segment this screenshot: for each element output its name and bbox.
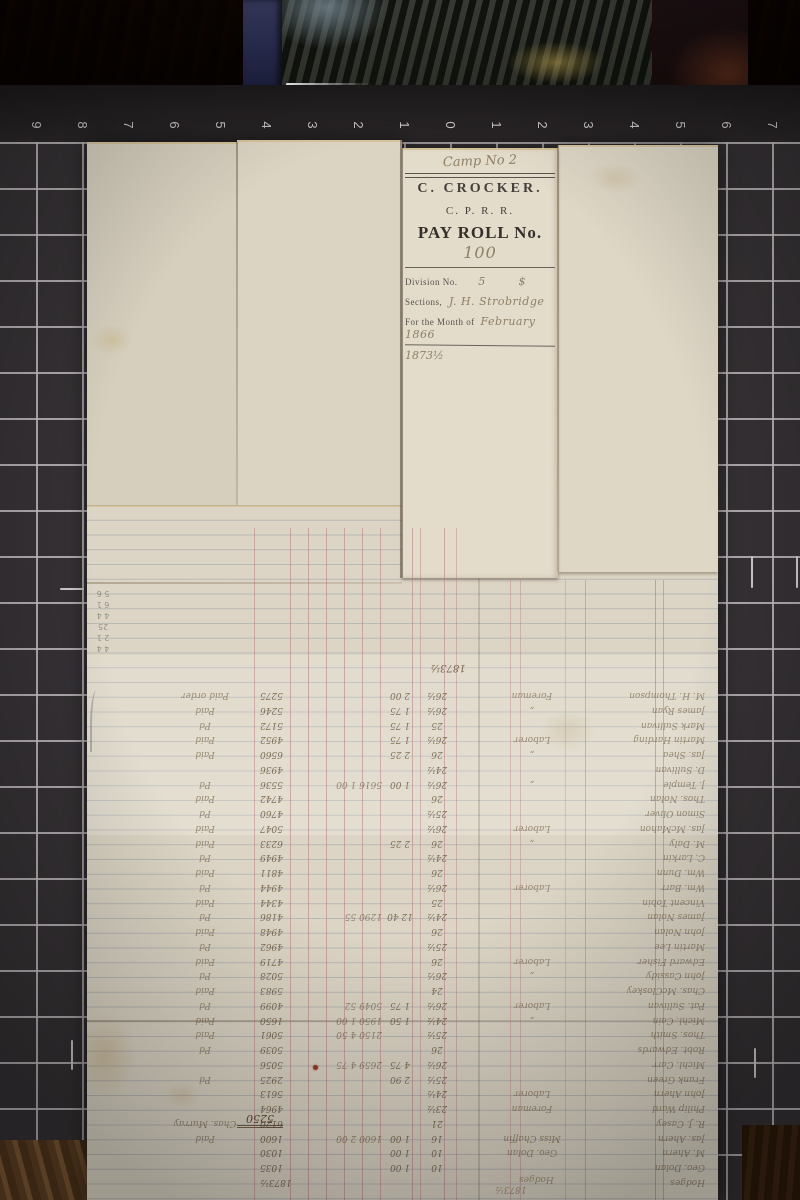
wood-table-bottom-left xyxy=(0,1140,96,1200)
railroad-initials: C. P. R. R. xyxy=(405,205,555,217)
ledger-cell-days: 10 xyxy=(417,1145,457,1158)
ledger-cell-note: Paid xyxy=(150,732,260,745)
ledger-cell-note: Pd xyxy=(150,968,260,981)
ledger-cell-extra xyxy=(302,924,382,937)
ledger-cell-extra xyxy=(302,895,382,908)
ledger-row: John AhernLaborer24½5613 xyxy=(150,1086,705,1099)
pencil-note: 6 1 xyxy=(87,599,119,610)
ledger-cell-amount: 5536 xyxy=(260,777,300,790)
ledger-cell-name: J. Temple xyxy=(587,777,705,790)
ledger-row: Frank Green25½2 902925Pd xyxy=(150,1072,705,1085)
crease-left-leaf xyxy=(87,582,402,584)
ledger-cell-amount: 1600 xyxy=(260,1131,300,1144)
pencil-note: 5 6 xyxy=(87,588,119,599)
ruler-number: 1 xyxy=(483,118,509,132)
ledger-cell-extra xyxy=(302,718,382,731)
ledger-row: R. J. Casey216120Chas. Murray xyxy=(150,1116,705,1129)
document-panel-left xyxy=(87,142,237,505)
ledger-cell-days: 26 xyxy=(417,836,457,849)
ledger-cell-rate xyxy=(383,954,417,967)
ledger-cell-occ xyxy=(495,791,569,804)
ledger-cell-note: Paid xyxy=(150,924,260,937)
ledger-cell-rate: 1 75 xyxy=(383,703,417,716)
ledger-cell-extra xyxy=(302,762,382,775)
ledger-cell-days: 25½ xyxy=(417,1072,457,1085)
ledger-row: Chas. McCloskey245983Paid xyxy=(150,983,705,996)
ledger-row: Simon Oliver25½4760Pd xyxy=(150,806,705,819)
ledger-cell-name: Michl. Cain xyxy=(587,1013,705,1026)
ledger-cell-extra xyxy=(302,1175,382,1188)
ruler-number: 7 xyxy=(759,118,785,132)
ledger-column-total: 5250 xyxy=(237,1112,283,1128)
ledger-cell-rate xyxy=(383,1101,417,1114)
ledger-cell-extra: 2150 4 50 xyxy=(302,1027,382,1040)
ledger-cell-name: John Ahern xyxy=(587,1086,705,1099)
mat-tick-right-2 xyxy=(796,556,798,588)
ledger-row: Philip WardForeman23½4964 xyxy=(150,1101,705,1114)
ruler-number: 2 xyxy=(529,118,555,132)
ledger-cell-rate: 1 00 xyxy=(383,1145,417,1158)
ledger-cell-amount: 4099 xyxy=(260,998,300,1011)
ledger-cell-note: Paid xyxy=(150,821,260,834)
cutoff-fragment-2: Hodges xyxy=(519,1174,554,1184)
ledger-cell-note xyxy=(150,1145,260,1158)
ledger-row: Martin HardingLaborer26½1 754952Paid xyxy=(150,732,705,745)
ledger-cell-days: 25½ xyxy=(417,1027,457,1040)
ledger-cell-name: Frank Green xyxy=(587,1072,705,1085)
ledger-cell-extra xyxy=(302,1042,382,1055)
ledger-row: C. Larkin24½4949Pd xyxy=(150,850,705,863)
ledger-cell-note: Pd xyxy=(150,806,260,819)
document-panel-right xyxy=(558,145,718,572)
ledger-cell-occ: „ xyxy=(495,703,569,716)
division-prefix: Division No. xyxy=(405,277,458,287)
ledger-cell-rate xyxy=(383,1086,417,1099)
ledger-cell-name: D. Sullivan xyxy=(587,762,705,775)
ledger-cell-amount: 4948 xyxy=(260,924,300,937)
ledger-row: James Nolan24½12 401290 554186Pd xyxy=(150,909,705,922)
fold-line-3 xyxy=(557,145,559,572)
ledger-cell-rate xyxy=(383,924,417,937)
ledger-cell-extra: 1290 55 xyxy=(302,909,382,922)
ledger-cell-rate xyxy=(383,968,417,981)
ruler-number: 3 xyxy=(575,118,601,132)
ledger-cell-days: 26½ xyxy=(417,998,457,1011)
ruler-number: 7 xyxy=(115,118,141,132)
ledger-cell-note: Paid xyxy=(150,954,260,967)
ledger-cell-days xyxy=(417,1175,457,1188)
landscape-photograph xyxy=(282,0,652,89)
sections-prefix: Sections, xyxy=(405,297,442,307)
ledger-cell-name: Robt. Edwards xyxy=(587,1042,705,1055)
ledger-cell-note: Paid xyxy=(150,703,260,716)
ledger-cell-amount: 4949 xyxy=(260,850,300,863)
ledger-cell-occ xyxy=(495,1027,569,1040)
ledger-cell-rate: 1 75 xyxy=(383,718,417,731)
ledger-cell-extra xyxy=(302,836,382,849)
ledger-cell-occ: „ xyxy=(495,968,569,981)
ledger-cell-name: Wm. Barr xyxy=(587,880,705,893)
ledger-cell-extra xyxy=(302,954,382,967)
ledger-cell-occ xyxy=(495,1057,569,1070)
ledger-cell-rate: 2 25 xyxy=(383,747,417,760)
ledger-cell-occ: Laborer xyxy=(495,1086,569,1099)
ledger-cell-occ xyxy=(495,1160,569,1173)
ruler-number: 5 xyxy=(207,118,233,132)
ledger-row: Martin Lee25½4962Pd xyxy=(150,939,705,952)
ledger-row: M. AhernGeo. Dolan101 001030 xyxy=(150,1145,705,1158)
ledger-row: M. H. ThompsonForeman26½2 005275Paid ord… xyxy=(150,688,705,701)
ledger-cell-extra xyxy=(302,939,382,952)
ledger-row: M. Daly„262 256233Paid xyxy=(150,836,705,849)
ledger-cell-rate xyxy=(383,1027,417,1040)
ledger-cell-amount: 4944 xyxy=(260,880,300,893)
ledger-cell-extra: 5049 52 xyxy=(302,998,382,1011)
ruler-number: 9 xyxy=(23,118,49,132)
ledger-cell-name: John Nolan xyxy=(587,924,705,937)
ledger-cell-occ: Foreman xyxy=(495,688,569,701)
ledger-cell-days: 26 xyxy=(417,791,457,804)
ledger-cell-extra: 5616 1 00 xyxy=(302,777,382,790)
ledger-cell-occ xyxy=(495,909,569,922)
ledger-cell-occ: Laborer xyxy=(495,880,569,893)
payroll-title: PAY ROLL No. 100 xyxy=(405,223,555,263)
ledger-cell-days: 24½ xyxy=(417,1013,457,1026)
rule xyxy=(405,344,555,347)
ledger-cell-name: Michl. Carr xyxy=(587,1057,705,1070)
ruler-number: 6 xyxy=(713,118,739,132)
ledger-cell-days: 25½ xyxy=(417,806,457,819)
ledger-cell-occ: „ xyxy=(495,777,569,790)
dark-photograph xyxy=(652,0,748,85)
ledger-cell-rate xyxy=(383,939,417,952)
ruler-number: 1 xyxy=(391,118,417,132)
ledger-top-total: 1873½ xyxy=(422,662,474,673)
ledger-row: Vincent Tobin254344Paid xyxy=(150,895,705,908)
ledger-cell-occ xyxy=(495,939,569,952)
ledger-cell-rate: 2 25 xyxy=(383,836,417,849)
ledger-cell-days: 26 xyxy=(417,1042,457,1055)
ledger-row: Geo. Dolan101 001035 xyxy=(150,1160,705,1173)
ledger-cell-note: Paid xyxy=(150,1131,260,1144)
ledger-cell-days: 26 xyxy=(417,924,457,937)
ledger-cell-days: 26 xyxy=(417,747,457,760)
ledger-cell-occ: Foreman xyxy=(495,1101,569,1114)
ledger-cell-extra xyxy=(302,791,382,804)
cutoff-fragment-1: 1873½ xyxy=(495,1184,527,1194)
ledger-cell-name: R. J. Casey xyxy=(587,1116,705,1129)
ledger-cell-extra xyxy=(302,747,382,760)
photograph-of-payroll-document: 98765432101234567 xyxy=(0,0,800,1200)
ledger-cell-note: Paid xyxy=(150,1027,260,1040)
ledger-cell-occ: Miss Chaffin xyxy=(495,1131,569,1144)
ledger-row: Robt. Edwards265039Pd xyxy=(150,1042,705,1055)
wood-table-bottom-right xyxy=(742,1125,800,1200)
ledger-cell-extra xyxy=(302,1086,382,1099)
ledger-cell-name: James Ryan xyxy=(587,703,705,716)
ledger-cell-rate xyxy=(383,850,417,863)
division-number: 5 xyxy=(478,275,486,288)
month-prefix: For the Month of xyxy=(405,317,475,327)
ledger-cell-days: 24 xyxy=(417,983,457,996)
ledger-cell-note: Pd xyxy=(150,909,260,922)
ledger-cell-note: Pd xyxy=(150,1072,260,1085)
mat-tick-right-lower xyxy=(754,1048,756,1078)
ledger-cell-rate xyxy=(383,1116,417,1129)
fold-line-1 xyxy=(236,142,238,505)
ledger-cell-note: Paid xyxy=(150,836,260,849)
ledger-cell-name: M. Ahern xyxy=(587,1145,705,1158)
ledger-cell-occ xyxy=(495,762,569,775)
ledger-cell-days: 26½ xyxy=(417,777,457,790)
ledger-cell-name: Simon Oliver xyxy=(587,806,705,819)
ledger-cell-rate: 1 00 xyxy=(383,1160,417,1173)
ledger-cell-name: Pat. Sullivan xyxy=(587,998,705,1011)
pencil-note: 4 4 xyxy=(87,643,119,654)
ruler-number: 4 xyxy=(253,118,279,132)
ledger-cell-amount: 5047 xyxy=(260,821,300,834)
ledger-cell-amount: 4186 xyxy=(260,909,300,922)
ledger-cell-name: Vincent Tobin xyxy=(587,895,705,908)
ledger-cell-amount: 5039 xyxy=(260,1042,300,1055)
ledger-cell-note: Pd xyxy=(150,939,260,952)
ledger-cell-days: 26½ xyxy=(417,821,457,834)
ledger-cell-name: M. Daly xyxy=(587,836,705,849)
ledger-cell-amount: 1873½ xyxy=(260,1175,300,1188)
ledger-row: D. Sullivan24½4936 xyxy=(150,762,705,775)
ledger-cell-amount: 5613 xyxy=(260,1086,300,1099)
ledger-cell-occ: Laborer xyxy=(495,954,569,967)
ledger-cell-name: M. H. Thompson xyxy=(587,688,705,701)
ledger-cell-name: John Cassidy xyxy=(587,968,705,981)
ledger-cell-rate: 12 40 xyxy=(383,909,417,922)
ledger-cell-days: 25 xyxy=(417,895,457,908)
ledger-row: John Cassidy„26½5028Pd xyxy=(150,968,705,981)
ledger-cell-rate xyxy=(383,806,417,819)
ledger-cell-rate xyxy=(383,791,417,804)
ledger-cell-name: Thos. Smith xyxy=(587,1027,705,1040)
ledger-cell-name: Wm. Dunn xyxy=(587,865,705,878)
ledger-cell-name: Philip Ward xyxy=(587,1101,705,1114)
division-suffix: $ xyxy=(519,275,527,288)
ledger-row: Michl. Carr26½4 752659 4 755056 xyxy=(150,1057,705,1070)
ledger-cell-amount: 5275 xyxy=(260,688,300,701)
division-line: Division No. 5 $ xyxy=(405,275,555,288)
ledger-cell-days: 26½ xyxy=(417,732,457,745)
rule xyxy=(405,267,555,268)
ledger-cell-days: 26½ xyxy=(417,688,457,701)
ledger-cell-rate xyxy=(383,865,417,878)
ledger-row: Pat. SullivanLaborer26½1 755049 524099Pd xyxy=(150,998,705,1011)
ledger-cell-name: Geo. Dolan xyxy=(587,1160,705,1173)
ledger-cell-rate: 1 75 xyxy=(383,998,417,1011)
ledger-cell-name: Jas. Shea xyxy=(587,747,705,760)
ledger-cell-note: Pd xyxy=(150,777,260,790)
ledger-cell-rate: 1 00 xyxy=(383,777,417,790)
ruler-number: 0 xyxy=(437,118,463,132)
ruler-number: 2 xyxy=(345,118,371,132)
ledger-cell-amount: 5246 xyxy=(260,703,300,716)
ledger-row: Jas. Shea„262 256560Paid xyxy=(150,747,705,760)
ledger-cell-name: Chas. McCloskey xyxy=(587,983,705,996)
ledger-cell-note: Paid order xyxy=(150,688,260,701)
ledger-cell-amount: 5028 xyxy=(260,968,300,981)
ledger-row: Wm. Dunn264811Paid xyxy=(150,865,705,878)
pencil-computations: 4 42 1254 46 15 6 xyxy=(87,588,119,654)
ledger-row: J. Temple„26½1 005616 1 005536Pd xyxy=(150,777,705,790)
ledger-cell-extra xyxy=(302,1116,382,1129)
mat-tick-left xyxy=(60,588,84,590)
ledger-cell-occ xyxy=(495,850,569,863)
ledger-cell-days: 10 xyxy=(417,1160,457,1173)
ledger-cell-amount: 4742 xyxy=(260,791,300,804)
ledger-cell-amount: 6560 xyxy=(260,747,300,760)
ledger-cell-rate: 4 75 xyxy=(383,1057,417,1070)
red-ink-dot xyxy=(313,1065,318,1070)
ledger-cell-note xyxy=(150,762,260,775)
ruler-number: 8 xyxy=(69,118,95,132)
ledger-cell-amount: 5172 xyxy=(260,718,300,731)
ledger-cell-occ: Laborer xyxy=(495,732,569,745)
ledger-cell-days: 26½ xyxy=(417,703,457,716)
ledger-cell-extra xyxy=(302,968,382,981)
ledger-cell-occ xyxy=(495,1072,569,1085)
ledger-cell-extra xyxy=(302,732,382,745)
ledger-cell-days: 26 xyxy=(417,865,457,878)
ledger-cell-days: 16 xyxy=(417,1131,457,1144)
ledger-cell-amount: 2925 xyxy=(260,1072,300,1085)
ledger-cell-days: 26½ xyxy=(417,880,457,893)
sections-value: J. H. Strobridge xyxy=(449,295,544,308)
ledger-cell-rate xyxy=(383,1042,417,1055)
ledger-cell-extra xyxy=(302,703,382,716)
ledger-cell-note xyxy=(150,1086,260,1099)
ledger-cell-extra xyxy=(302,806,382,819)
ledger-cell-rate xyxy=(383,762,417,775)
ledger-cell-amount: 4952 xyxy=(260,732,300,745)
ledger-cell-rate: 1 75 xyxy=(383,732,417,745)
ledger-row: Mark Sullivan251 755172Pd xyxy=(150,718,705,731)
ledger-cell-days: 24½ xyxy=(417,850,457,863)
ledger-row: Thos. Smith25½2150 4 505061Paid xyxy=(150,1027,705,1040)
fold-line-2 xyxy=(400,140,403,578)
ledger-cell-amount: 4719 xyxy=(260,954,300,967)
ledger-cell-occ xyxy=(495,1116,569,1129)
ledger-cell-extra xyxy=(302,865,382,878)
ledger-row: John Nolan264948Paid xyxy=(150,924,705,937)
ruler-number: 6 xyxy=(161,118,187,132)
ledger-cell-amount: 4962 xyxy=(260,939,300,952)
ledger-cell-occ: Laborer xyxy=(495,821,569,834)
ledger-cell-name: Hodges xyxy=(587,1175,705,1188)
ledger-cell-rate xyxy=(383,895,417,908)
company-name: C. CROCKER. xyxy=(405,181,555,197)
ledger-cell-amount: 1035 xyxy=(260,1160,300,1173)
ledger-cell-name: Martin Harding xyxy=(587,732,705,745)
ledger-cell-name: Jas. McMahon xyxy=(587,821,705,834)
ledger-cell-extra xyxy=(302,1160,382,1173)
ledger-cell-name: James Nolan xyxy=(587,909,705,922)
ledger-cell-occ xyxy=(495,1042,569,1055)
ledger-cell-name: Jas. Ahern xyxy=(587,1131,705,1144)
ruler-number: 5 xyxy=(667,118,693,132)
ledger-cell-occ: „ xyxy=(495,747,569,760)
ledger-cell-days: 23½ xyxy=(417,1101,457,1114)
ledger-cell-note: Paid xyxy=(150,791,260,804)
ledger-cell-occ: „ xyxy=(495,836,569,849)
ledger-cell-note: Pd xyxy=(150,718,260,731)
ledger-cell-rate: 1 50 xyxy=(383,1013,417,1026)
ledger-cell-occ xyxy=(495,895,569,908)
ledger-cell-note: Paid xyxy=(150,865,260,878)
ledger-cell-amount: 1030 xyxy=(260,1145,300,1158)
ledger-cell-extra xyxy=(302,1072,382,1085)
ledger-row: James Ryan„26½1 755246Paid xyxy=(150,703,705,716)
ledger-cell-days: 24½ xyxy=(417,762,457,775)
ledger-cell-days: 24½ xyxy=(417,909,457,922)
ledger-cell-rate xyxy=(383,880,417,893)
document-panel-midleft xyxy=(237,140,402,505)
ledger-cell-note: Paid xyxy=(150,895,260,908)
ledger-cell-name: Martin Lee xyxy=(587,939,705,952)
ledger-cell-occ xyxy=(495,806,569,819)
pencil-note: 25 xyxy=(87,621,119,632)
ledger-row: Edward FisherLaborer264719Paid xyxy=(150,954,705,967)
ledger-cell-rate: 2 90 xyxy=(383,1072,417,1085)
ledger-row: Jas. McMahonLaborer26½5047Paid xyxy=(150,821,705,834)
ledger-cell-rate xyxy=(383,1175,417,1188)
ledger-cell-occ: „ xyxy=(495,1013,569,1026)
ledger-cell-name: C. Larkin xyxy=(587,850,705,863)
ruler-number: 3 xyxy=(299,118,325,132)
ledger-cell-note: Pd xyxy=(150,850,260,863)
ruler-number: 4 xyxy=(621,118,647,132)
ledger-cell-occ xyxy=(495,718,569,731)
mat-tick-right-1 xyxy=(751,556,753,588)
ledger-cell-days: 24½ xyxy=(417,1086,457,1099)
printed-cover-label: Camp No 2 C. CROCKER. C. P. R. R. PAY RO… xyxy=(405,154,555,362)
ledger-cell-days: 21 xyxy=(417,1116,457,1129)
ledger-cell-days: 26½ xyxy=(417,1057,457,1070)
ledger-cell-extra xyxy=(302,983,382,996)
ledger-row: Hodges1873½ xyxy=(150,1175,705,1188)
ledger-cell-note: Pd xyxy=(150,998,260,1011)
ledger-cell-extra: 1600 2 00 xyxy=(302,1131,382,1144)
ledger-cell-extra xyxy=(302,821,382,834)
ledger-cell-days: 25 xyxy=(417,718,457,731)
ledger-row: Thos. Nolan264742Paid xyxy=(150,791,705,804)
sections-line: Sections, J. H. Strobridge xyxy=(405,295,555,308)
ledger-cell-name: Thos. Nolan xyxy=(587,791,705,804)
ledger-cell-amount: 5983 xyxy=(260,983,300,996)
mat-tick-left-lower xyxy=(71,1040,73,1070)
ledger-row: Wm. BarrLaborer26½4944Pd xyxy=(150,880,705,893)
ledger-rows: M. H. ThompsonForeman26½2 005275Paid ord… xyxy=(150,688,705,1193)
ledger-cell-rate: 2 00 xyxy=(383,688,417,701)
ledger-cell-extra xyxy=(302,1145,382,1158)
ledger-cell-extra xyxy=(302,850,382,863)
ledger-cell-days: 25½ xyxy=(417,939,457,952)
ledger-cell-amount: 5056 xyxy=(260,1057,300,1070)
ledger-row: Michl. Cain„24½1 501950 1 001650Paid xyxy=(150,1013,705,1026)
ledger-cell-days: 26 xyxy=(417,954,457,967)
ledger-cell-days: 26½ xyxy=(417,968,457,981)
ledger-cell-extra xyxy=(302,1101,382,1114)
ledger-cell-note: Paid xyxy=(150,747,260,760)
ledger-cell-rate: 1 00 xyxy=(383,1131,417,1144)
ledger-cell-amount: 1650 xyxy=(260,1013,300,1026)
ledger-cell-occ: Laborer xyxy=(495,998,569,1011)
